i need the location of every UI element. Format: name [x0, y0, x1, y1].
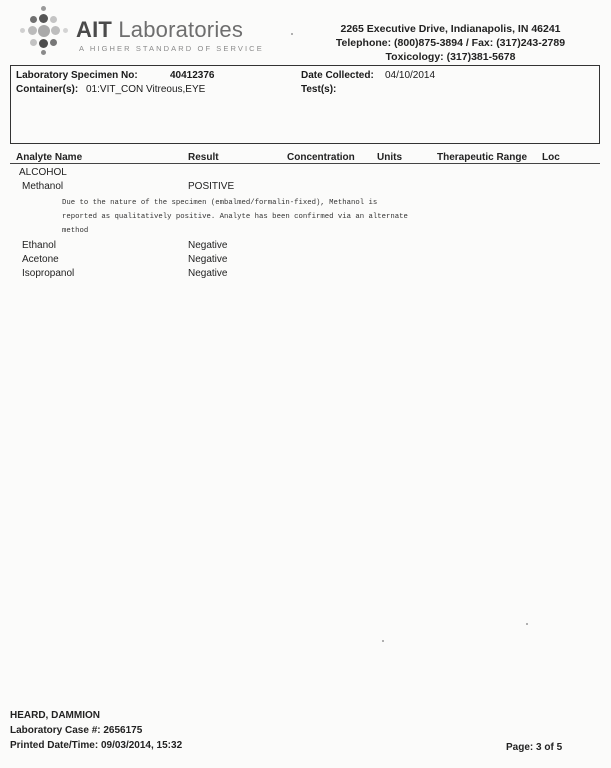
- analyte-name-isopropanol: Isopropanol: [22, 268, 74, 279]
- methanol-note: Due to the nature of the specimen (embal…: [62, 196, 522, 238]
- analyte-name-acetone: Acetone: [22, 254, 59, 265]
- tests-label: Test(s):: [301, 84, 336, 95]
- date-collected-label: Date Collected:: [301, 70, 374, 81]
- column-header-units: Units: [377, 152, 402, 163]
- laboratory-case-number: Laboratory Case #: 2656175: [10, 725, 142, 736]
- analyte-name-methanol: Methanol: [22, 181, 63, 192]
- date-collected-value: 04/10/2014: [385, 70, 435, 81]
- patient-name: HEARD, DAMMION: [10, 710, 100, 721]
- page-indicator: Page: 3 of 5: [506, 742, 562, 753]
- company-tagline: A HIGHER STANDARD OF SERVICE: [79, 44, 264, 53]
- lab-phone-fax: Telephone: (800)875-3894 / Fax: (317)243…: [318, 36, 583, 50]
- column-header-result: Result: [188, 152, 219, 163]
- lab-toxicology-phone: Toxicology: (317)381-5678: [318, 50, 583, 64]
- containers-label: Container(s):: [16, 84, 78, 95]
- column-header-concentration: Concentration: [287, 152, 355, 163]
- specimen-no-label: Laboratory Specimen No:: [16, 70, 138, 81]
- column-header-analyte: Analyte Name: [16, 152, 82, 163]
- result-methanol: POSITIVE: [188, 181, 234, 192]
- analyte-name-ethanol: Ethanol: [22, 240, 56, 251]
- column-header-therapeutic-range: Therapeutic Range: [437, 152, 527, 163]
- result-ethanol: Negative: [188, 240, 227, 251]
- header-divider: [10, 163, 600, 164]
- result-isopropanol: Negative: [188, 268, 227, 279]
- lab-contact-block: 2265 Executive Drive, Indianapolis, IN 4…: [318, 22, 583, 64]
- printed-datetime: Printed Date/Time: 09/03/2014, 15:32: [10, 740, 182, 751]
- result-acetone: Negative: [188, 254, 227, 265]
- logo-mark-icon: [18, 6, 70, 54]
- containers-value: 01:VIT_CON Vitreous,EYE: [86, 84, 205, 95]
- analyte-group-alcohol: ALCOHOL: [19, 167, 67, 178]
- lab-address: 2265 Executive Drive, Indianapolis, IN 4…: [318, 22, 583, 36]
- specimen-no-value: 40412376: [170, 70, 215, 81]
- column-header-loc: Loc: [542, 152, 560, 163]
- company-logo-name: AIT Laboratories: [76, 17, 243, 43]
